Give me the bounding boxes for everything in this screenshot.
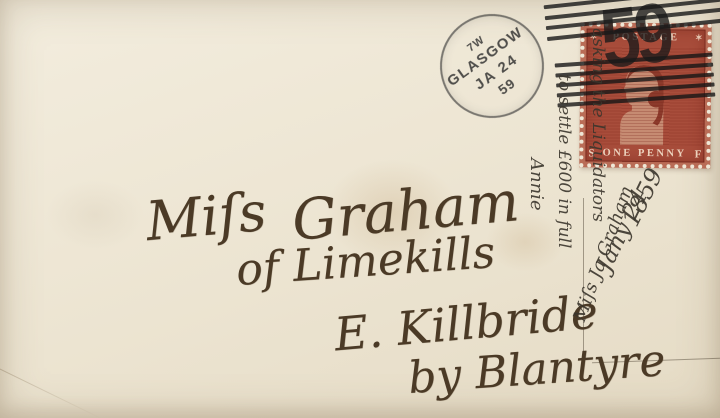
address-line-2: of Limekills bbox=[235, 231, 497, 293]
postmark-circular-datestamp: 7W GLASGOW JA 24 59 bbox=[419, 0, 564, 139]
address-title: Miſs bbox=[144, 185, 269, 249]
docket-note-3: Annie bbox=[527, 158, 545, 211]
stamp-value-label: ONE PENNY bbox=[603, 148, 687, 160]
envelope-scan: 7W GLASGOW JA 24 59 ✶ POSTAGE ✶ S ONE PE… bbox=[0, 0, 720, 418]
docket-note-1: asking the Liquidators bbox=[589, 28, 606, 222]
paper-crease bbox=[0, 366, 102, 418]
docket-note-2: to settle £600 in full bbox=[555, 74, 572, 248]
star-ornament-icon: ✶ bbox=[695, 33, 703, 44]
stamp-check-letter-right: F bbox=[695, 148, 702, 160]
